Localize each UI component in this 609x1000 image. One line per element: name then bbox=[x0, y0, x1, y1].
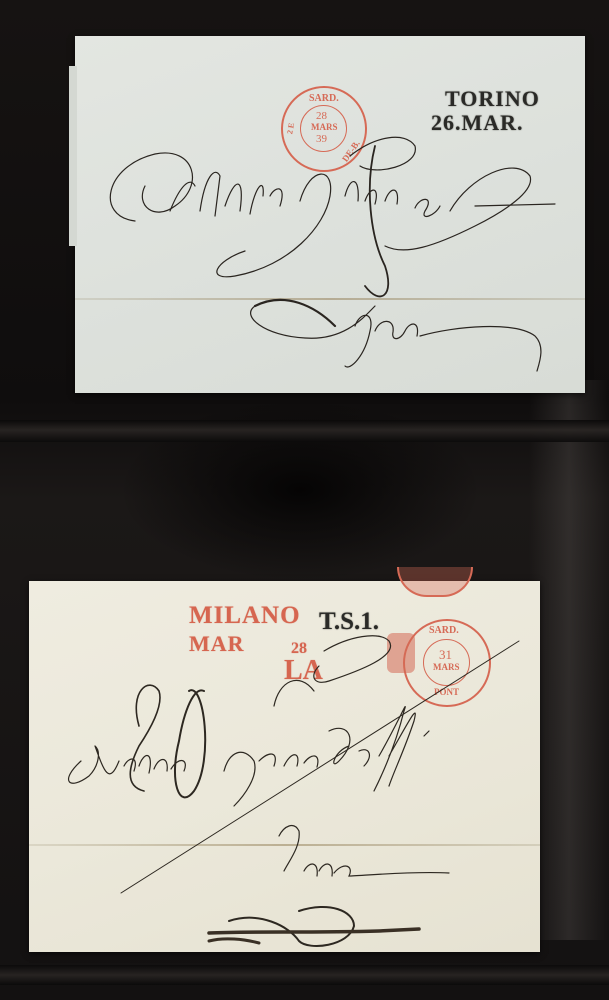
album-strip-bottom bbox=[0, 965, 609, 985]
handwritten-address-script bbox=[75, 36, 585, 393]
letter-cover-milano: MILANO MAR 28 LA T.S.1. SARD. PONT 31 MA… bbox=[29, 581, 540, 952]
handwritten-address-script bbox=[29, 581, 540, 952]
plastic-sleeve-glare bbox=[529, 380, 609, 940]
album-strip-divider bbox=[0, 420, 609, 442]
letter-cover-torino: SARD. 2 E DE-B. 28 MARS 39 TORINO 26.MAR… bbox=[75, 36, 585, 393]
